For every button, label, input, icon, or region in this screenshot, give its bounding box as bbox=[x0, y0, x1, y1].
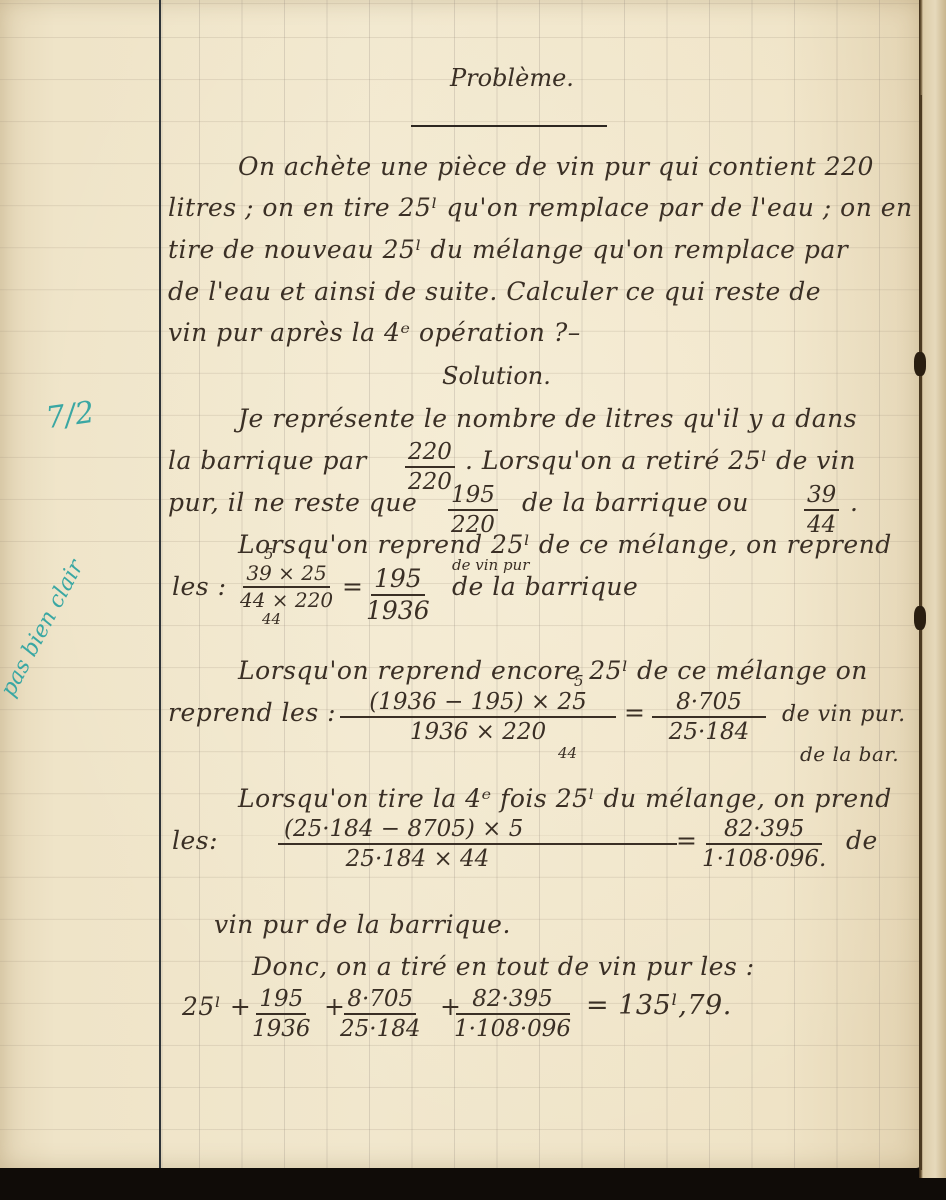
cancel-note-44: 44 bbox=[262, 610, 281, 628]
fraction-82395-1108096: 82·395 1·108·096. bbox=[702, 817, 826, 871]
solution-p3-reprend-les: reprend les : bbox=[168, 698, 336, 727]
conclusion-term-25l: 25ˡ + bbox=[182, 992, 251, 1021]
problem-line-5: vin pur après la 4ᵉ opération ?– bbox=[168, 318, 581, 347]
binding-staple-hole bbox=[914, 352, 926, 376]
margin-grade: 7/2 bbox=[44, 395, 97, 436]
note-de-la-barrique: de la barrique bbox=[452, 572, 638, 601]
solution-p4-line-end: vin pur de la barrique. bbox=[214, 910, 511, 939]
solution-p1-line-3b: de la barrique ou bbox=[522, 488, 749, 517]
note-de-vin-pur-p3: de vin pur. bbox=[782, 702, 906, 727]
problem-line-4: de l'eau et ainsi de suite. Calculer ce … bbox=[168, 277, 821, 306]
equals-sign: = bbox=[342, 572, 363, 601]
notebook-binding-edge bbox=[919, 0, 946, 1178]
solution-p3-line-1: Lorsqu'on reprend encore 25ˡ de ce mélan… bbox=[238, 656, 868, 685]
solution-p4-les: les: bbox=[172, 826, 218, 855]
solution-p1-line-2a: la barrique par bbox=[168, 446, 367, 475]
solution-p1-line-1: Je représente le nombre de litres qu'il … bbox=[238, 404, 857, 433]
fraction-p4-left: (25·184 − 8705) × 5 25·184 × 44 bbox=[278, 817, 677, 871]
note-de-la-bar: de la bar. bbox=[800, 742, 899, 766]
margin-line bbox=[159, 0, 161, 1168]
fraction-82395-1108096-sum: 82·395 1·108·096 bbox=[454, 987, 571, 1041]
cancel-note-5b: 5 bbox=[574, 672, 584, 690]
fraction-39x25-44x220: 39 × 25 44 × 220 bbox=[240, 563, 333, 611]
title-underline bbox=[411, 125, 607, 127]
problem-line-2: litres ; on en tire 25ˡ qu'on remplace p… bbox=[168, 193, 913, 222]
fraction-p3-left: (1936 − 195) × 25 1936 × 220 bbox=[340, 690, 616, 744]
cancel-note-44b: 44 bbox=[558, 744, 577, 762]
conclusion-result: = 135ˡ,79. bbox=[586, 990, 732, 1021]
fraction-8705-25184: 8·705 25·184 bbox=[652, 690, 766, 744]
conclusion-line-1: Donc, on a tiré en tout de vin pur les : bbox=[252, 952, 755, 981]
fraction-195-1936: 195 1936 bbox=[366, 566, 430, 625]
equals-sign-p3: = bbox=[624, 698, 645, 727]
solution-p2-line-1: Lorsqu'on reprend 25ˡ de ce mélange, on … bbox=[238, 530, 892, 559]
note-de-p4: de bbox=[846, 826, 878, 855]
problem-line-1: On achète une pièce de vin pur qui conti… bbox=[238, 152, 874, 181]
binding-fold-line bbox=[920, 95, 922, 1170]
notebook-page: Problème. On achète une pièce de vin pur… bbox=[0, 0, 922, 1168]
solution-p2-les: les : bbox=[172, 572, 227, 601]
equals-sign-p4: = bbox=[676, 826, 697, 855]
fraction-8705-25184-sum: 8·705 25·184 bbox=[340, 987, 420, 1041]
solution-p1-line-3a: pur, il ne reste que bbox=[168, 488, 417, 517]
problem-line-3: tire de nouveau 25ˡ du mélange qu'on rem… bbox=[168, 235, 848, 264]
solution-p4-line-1: Lorsqu'on tire la 4ᵉ fois 25ˡ du mélange… bbox=[238, 784, 892, 813]
fraction-195-1936-sum: 195 1936 bbox=[252, 987, 311, 1041]
solution-p1-period: . bbox=[850, 488, 858, 517]
binding-staple-hole bbox=[914, 606, 926, 630]
solution-p1-line-2b: . Lorsqu'on a retiré 25ˡ de vin bbox=[465, 446, 856, 475]
problem-title: Problème. bbox=[450, 64, 574, 92]
solution-heading: Solution. bbox=[442, 362, 551, 390]
